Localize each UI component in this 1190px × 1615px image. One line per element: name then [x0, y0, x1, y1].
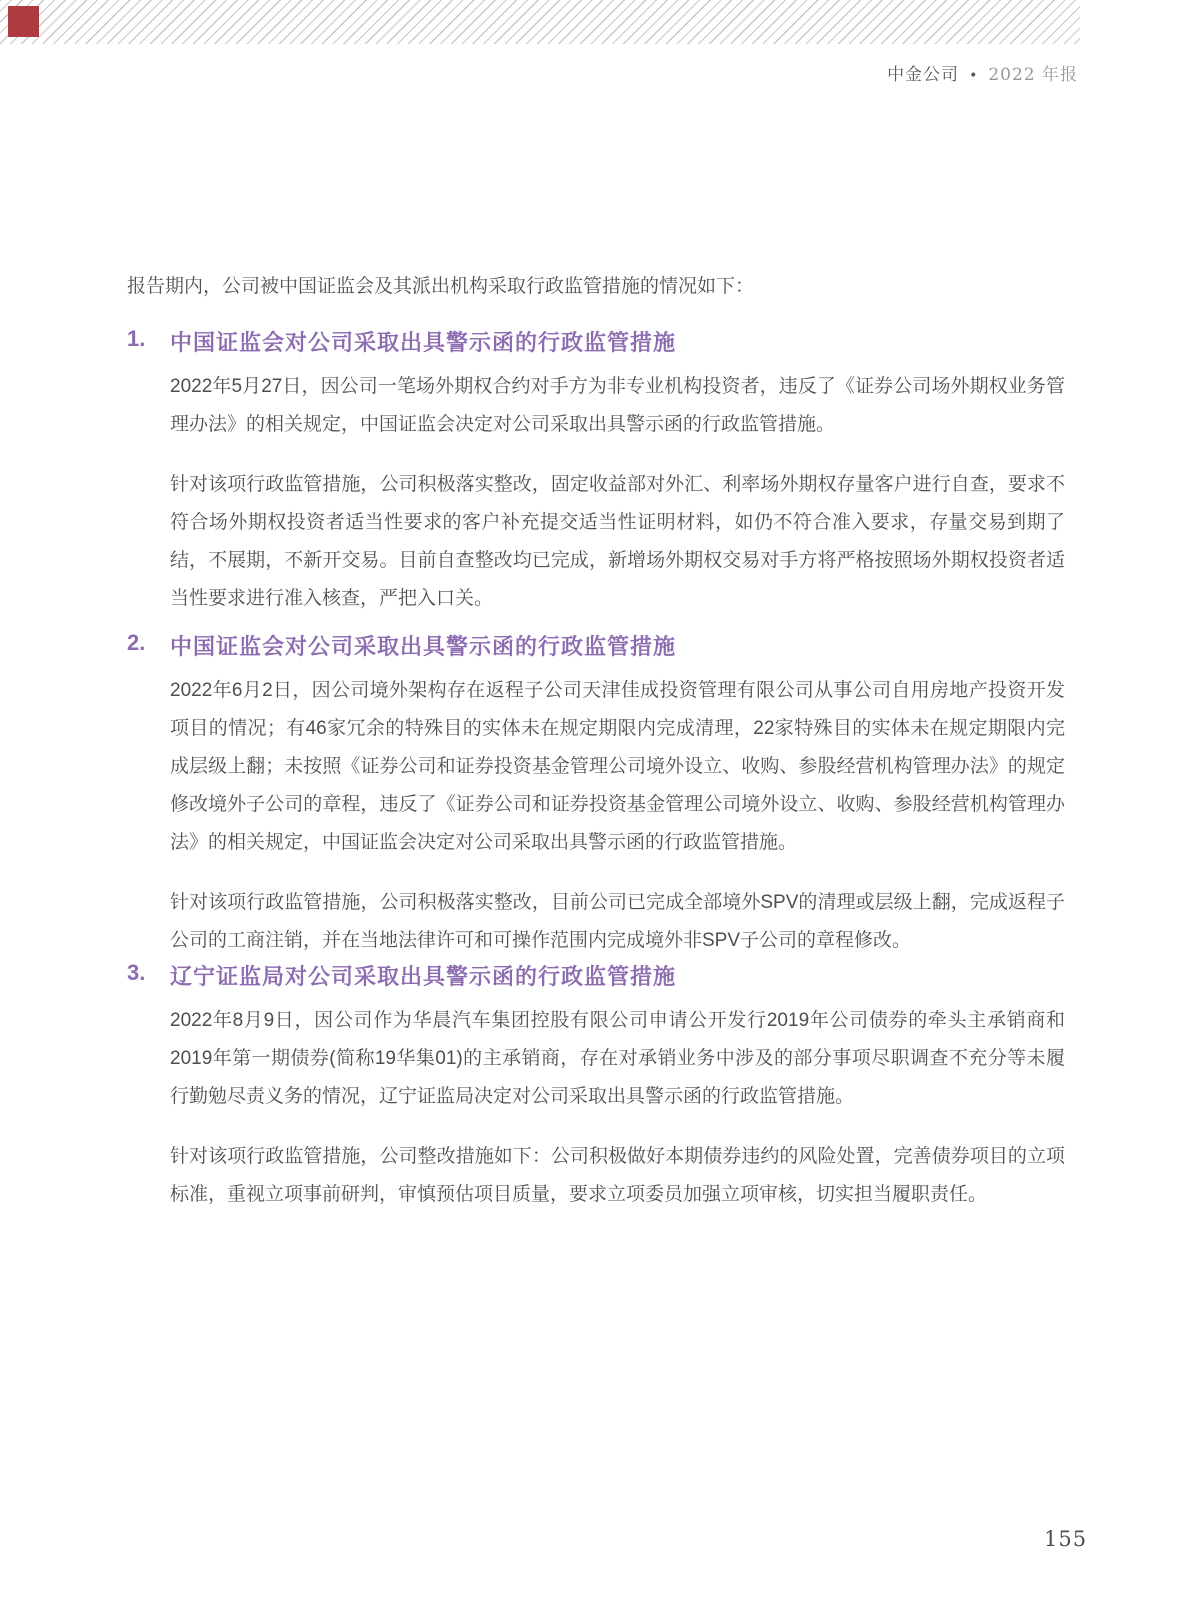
report-edition: 2022 年报: [988, 65, 1078, 85]
header-separator-dot: •: [969, 68, 978, 84]
report-page: 中金公司•2022 年报 报告期内，公司被中国证监会及其派出机构采取行政监管措施…: [0, 0, 1190, 1615]
brand-name: 中金公司: [887, 65, 959, 85]
brand-red-square: [8, 6, 39, 37]
section-paragraph: 2022年8月9日，因公司作为华晨汽车集团控股有限公司申请公开发行2019年公司…: [170, 1002, 1065, 1116]
section-paragraph: 针对该项行政监管措施，公司积极落实整改，目前公司已完成全部境外SPV的清理或层级…: [170, 884, 1065, 960]
intro-paragraph: 报告期内，公司被中国证监会及其派出机构采取行政监管措施的情况如下：: [127, 268, 1067, 306]
section-1-heading: 1. 中国证监会对公司采取出具警示函的行政监管措施: [0, 326, 1190, 356]
section-title: 辽宁证监局对公司采取出具警示函的行政监管措施: [170, 960, 676, 991]
section-title: 中国证监会对公司采取出具警示函的行政监管措施: [170, 630, 676, 661]
section-3: 3. 辽宁证监局对公司采取出具警示函的行政监管措施 2022年8月9日，因公司作…: [0, 960, 1190, 1214]
section-number: 2.: [127, 630, 145, 656]
hatched-banner: [0, 0, 1080, 44]
section-3-heading: 3. 辽宁证监局对公司采取出具警示函的行政监管措施: [0, 960, 1190, 990]
page-header: 中金公司•2022 年报: [887, 60, 1078, 85]
page-number: 155: [1044, 1527, 1087, 1551]
section-number: 3.: [127, 960, 145, 986]
section-2-heading: 2. 中国证监会对公司采取出具警示函的行政监管措施: [0, 630, 1190, 660]
section-2: 2. 中国证监会对公司采取出具警示函的行政监管措施 2022年6月2日，因公司境…: [0, 630, 1190, 960]
section-paragraph: 2022年6月2日，因公司境外架构存在返程子公司天津佳成投资管理有限公司从事公司…: [170, 672, 1065, 862]
section-paragraph: 2022年5月27日，因公司一笔场外期权合约对手方为非专业机构投资者，违反了《证…: [170, 368, 1065, 444]
section-title: 中国证监会对公司采取出具警示函的行政监管措施: [170, 326, 676, 357]
section-paragraph: 针对该项行政监管措施，公司积极落实整改，固定收益部对外汇、利率场外期权存量客户进…: [170, 466, 1065, 618]
section-paragraph: 针对该项行政监管措施，公司整改措施如下：公司积极做好本期债券违约的风险处置，完善…: [170, 1138, 1065, 1214]
section-1: 1. 中国证监会对公司采取出具警示函的行政监管措施 2022年5月27日，因公司…: [0, 326, 1190, 618]
section-number: 1.: [127, 326, 145, 352]
